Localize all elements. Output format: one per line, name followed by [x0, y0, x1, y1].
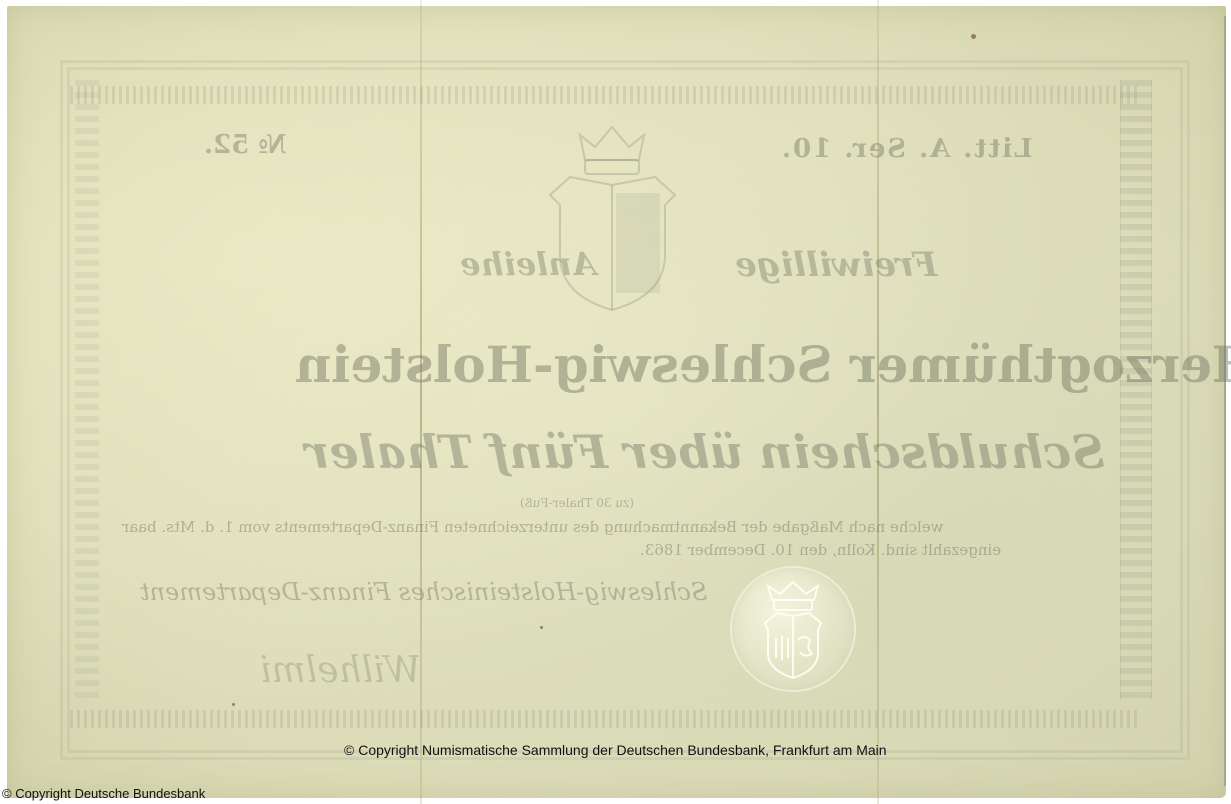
- copyright-caption-corner: © Copyright Deutsche Bundesbank: [2, 786, 205, 801]
- copyright-caption-main: © Copyright Numismatische Sammlung der D…: [344, 742, 887, 758]
- ghost-small-note: (zu 30 Thaler-Fuß): [520, 496, 634, 510]
- left-guilloche-border: [75, 80, 99, 700]
- ghost-series-text: Litt. A. Ser. 10.: [780, 134, 1033, 164]
- ghost-department-text: Schleswig-Holsteinisches Finanz-Departem…: [140, 578, 707, 606]
- ghost-signature: Wilhelmi: [260, 650, 421, 691]
- embossed-seal: [732, 568, 854, 690]
- paper-edge: [1224, 16, 1226, 786]
- ghost-heading-left: Freiwillige: [735, 245, 937, 285]
- paper-blemish: [540, 626, 543, 629]
- top-ornament-band: [70, 86, 1140, 104]
- ghost-body-line-1: welche nach Maßgabe der Bekanntmachung d…: [122, 518, 943, 536]
- ghost-body-line-2: eingezahlt sind. Kolln, den 10. December…: [640, 541, 1001, 559]
- bottom-ornament-band: [70, 710, 1140, 728]
- ghost-issuer-text: Herzogthümer Schleswig-Holstein: [295, 335, 1231, 394]
- embossed-arms-icon: [732, 568, 854, 690]
- coat-of-arms-watermark-icon: [540, 115, 685, 315]
- ghost-amount-text: Schuldschein über Fünf Thaler: [305, 425, 1104, 479]
- paper-blemish: [232, 703, 235, 706]
- paper-blemish: [971, 34, 976, 39]
- ghost-number-text: № 52.: [204, 130, 287, 160]
- fold-line-right: [877, 0, 879, 804]
